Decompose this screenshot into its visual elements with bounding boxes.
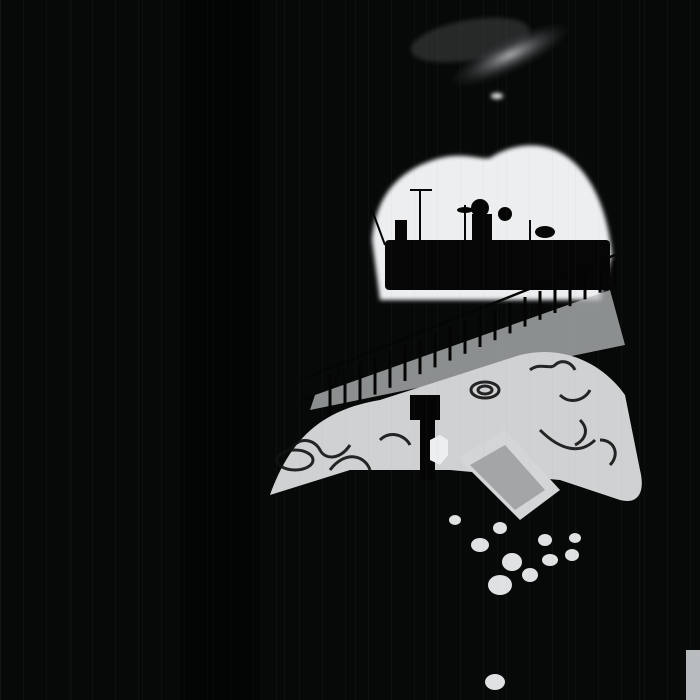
glowing-blobs [449,515,581,690]
artwork-illustration [0,0,700,700]
upper-smudge [407,9,581,101]
artwork-canvas: Dark grainy monochrome photo collage: a … [0,0,700,700]
right-edge-highlight [686,650,700,700]
